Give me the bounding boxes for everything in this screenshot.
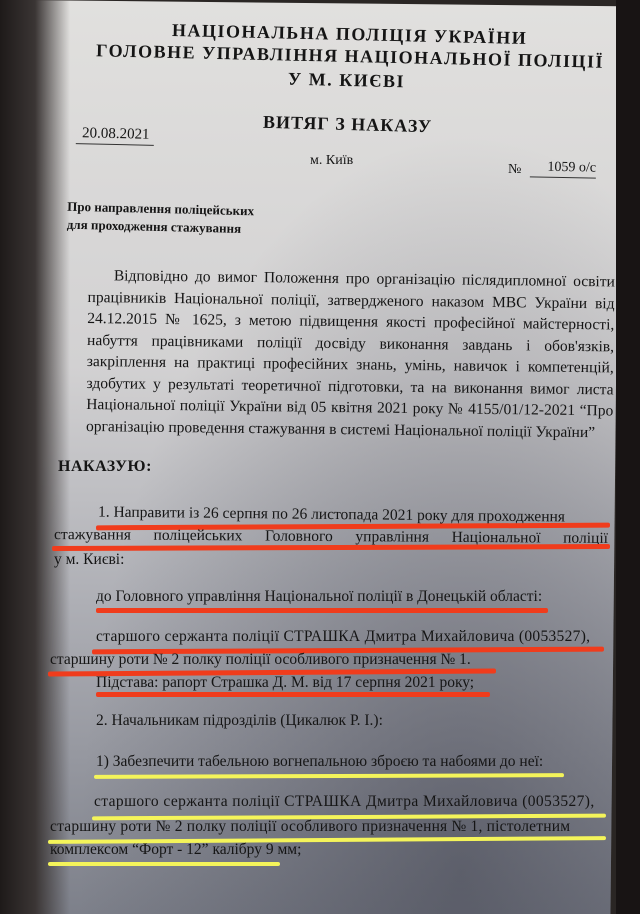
item1-person-line-1: старшого сержанта поліції СТРАШКА Дмитра… — [96, 628, 590, 646]
header-line-2: ГОЛОВНЕ УПРАВЛІННЯ НАЦІОНАЛЬНОЇ ПОЛІЦІЇ — [96, 40, 604, 73]
red-highlight — [96, 608, 548, 613]
subject-line-2: для проходження стажування — [67, 216, 254, 239]
item2-person-line-1: старшого сержанта поліції СТРАШКА Дмитра… — [94, 793, 595, 811]
document-title: ВИТЯГ З НАКАЗУ — [263, 112, 433, 137]
item1-basis: Підстава: рапорт Страшка Д. М. від 17 се… — [96, 674, 474, 692]
item1-person-line-2: старшину роти № 2 полку поліції особливо… — [50, 651, 471, 669]
red-highlight — [96, 692, 490, 697]
number-sign: № — [508, 162, 521, 178]
item2-line-1: 2. Начальникам підрозділів (Цикалюк Р. І… — [96, 712, 383, 730]
document-city: м. Київ — [310, 153, 353, 169]
header-line-3: У М. КИЄВІ — [288, 69, 405, 93]
word: поліцейських — [153, 527, 242, 546]
word: Головного — [265, 528, 333, 546]
item2-sub-1: 1) Забезпечити табельною вогнепальною зб… — [96, 753, 543, 771]
yellow-highlight — [48, 862, 280, 866]
item1-line-3: у м. Києві: — [54, 551, 124, 569]
word: стажування — [54, 526, 131, 545]
document-content: НАЦІОНАЛЬНА ПОЛІЦІЯ УКРАЇНИ ГОЛОВНЕ УПРА… — [0, 0, 640, 914]
red-highlight — [52, 544, 610, 551]
document-number: 1059 о/с — [530, 159, 596, 178]
item2-person-line-3: комплексом “Форт - 12” калібру 9 мм; — [50, 841, 301, 859]
yellow-highlight — [94, 773, 564, 779]
document-date: 20.08.2021 — [76, 125, 154, 146]
preamble-paragraph: Відповідно до вимог Положення про органі… — [86, 265, 615, 443]
item2-person-line-2: старшину роти № 2 полку поліції особливо… — [50, 818, 570, 836]
item1-destination: до Головного управління Національної пол… — [96, 588, 542, 606]
document-subject: Про направлення поліцейських для проходж… — [67, 198, 255, 239]
order-heading: НАКАЗУЮ: — [58, 458, 152, 476]
